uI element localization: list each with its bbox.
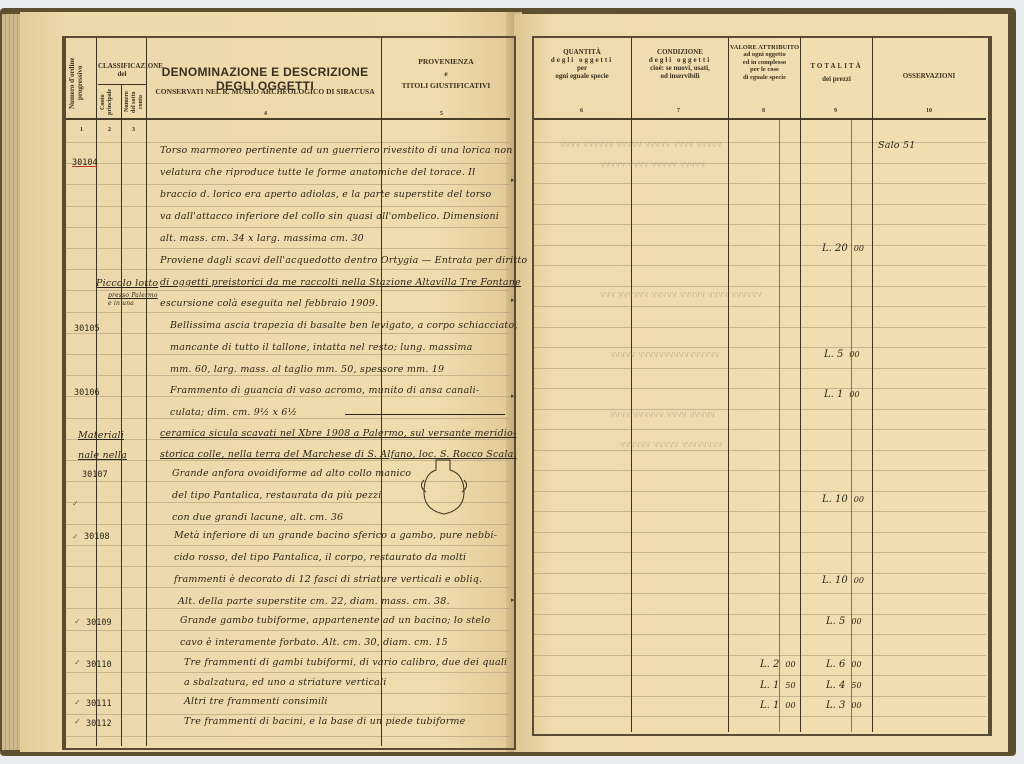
- rule-line: [66, 206, 510, 207]
- classification-divider: [98, 84, 146, 85]
- col-divider: [146, 38, 147, 746]
- total-lire: L. 6: [826, 659, 845, 670]
- rule-line: [534, 306, 986, 307]
- rule-line: [66, 630, 510, 631]
- unit-value-30112: L. 100: [760, 700, 796, 711]
- rule-line: [534, 204, 986, 205]
- entry-text-line: braccio d. lorico era aperto adiolas, e …: [160, 189, 491, 200]
- rule-line: [534, 614, 986, 615]
- header-line: degli oggetti: [534, 56, 630, 64]
- margin-note: Piccolo lotto: [96, 278, 158, 289]
- header-assigned-value: VALORE ATTRIBUITO ad ogni oggetto ed in …: [729, 44, 800, 81]
- col-number-8: 8: [762, 108, 765, 114]
- col-number-7: 7: [677, 108, 680, 114]
- entry-number-30109: 30109: [86, 618, 112, 628]
- header-line: TOTALITÀ: [801, 62, 872, 70]
- amphora-sketch-icon: [416, 458, 472, 516]
- header-line: cioè: se nuovi, usati,: [632, 64, 728, 72]
- rule-line: [534, 450, 986, 451]
- col-divider: [872, 38, 873, 732]
- total-cents: 00: [851, 617, 861, 626]
- end-of-entry-stroke: [345, 414, 505, 415]
- rule-line: [66, 227, 510, 228]
- col-number-6: 6: [580, 108, 583, 114]
- margin-subnote: nale nella: [78, 450, 127, 461]
- entry-number-30108: 30108: [84, 532, 110, 542]
- header-line: ed in complesso: [729, 59, 800, 66]
- header-main-account: Conto principale: [100, 88, 120, 116]
- entry-text-line: di oggetti preistorici da me raccolti ne…: [160, 277, 521, 288]
- total-lire: L. 4: [826, 680, 845, 691]
- header-line: per: [534, 64, 630, 72]
- rule-line: [66, 354, 510, 355]
- rule-line: [66, 693, 510, 694]
- entry-text-line: Proviene dagli scavi dell'acquedotto den…: [160, 255, 527, 266]
- unit-lire: L. 1: [760, 700, 779, 711]
- total-value-30106: L. 100: [824, 389, 860, 400]
- entry-number-30110: 30110: [86, 660, 112, 670]
- total-cents: 00: [854, 576, 864, 585]
- rule-line: [534, 347, 986, 348]
- rule-line: [534, 532, 986, 533]
- rule-line: [66, 714, 510, 715]
- check-mark-icon: ✓: [74, 658, 81, 667]
- rule-line: [534, 327, 986, 328]
- rule-line: [534, 593, 986, 594]
- rule-line: [534, 573, 986, 574]
- header-line: CONDIZIONE: [632, 48, 728, 56]
- check-mark-icon: ✓: [74, 717, 81, 726]
- total-lire: L. 3: [826, 700, 845, 711]
- rule-line: [66, 651, 510, 652]
- left-header-separator: [66, 118, 510, 120]
- entry-text-line: escursione colà eseguita nel febbraio 19…: [160, 298, 378, 309]
- header-line: dei prezzi: [801, 75, 872, 83]
- gutter-arrow-icon: ▸: [511, 296, 515, 304]
- header-provenance-and: e: [384, 70, 508, 79]
- rule-line: [534, 368, 986, 369]
- rule-line: [66, 375, 510, 376]
- check-mark-icon: ✓: [74, 617, 81, 626]
- total-lire: L. 20: [822, 243, 848, 254]
- entry-text-line: Altri tre frammenti consimili: [184, 696, 328, 707]
- entry-number-30105: 30105: [74, 324, 100, 334]
- rule-line: [66, 290, 510, 291]
- header-line: per le cose: [729, 66, 800, 73]
- entry-text-line: alt. mass. cm. 34 x larg. massima cm. 30: [160, 233, 364, 244]
- entry-text-line: Grande anfora ovoidiforme ad alto collo …: [172, 468, 411, 479]
- total-value-30111: L. 450: [826, 680, 862, 691]
- col-number-4: 4: [264, 111, 267, 117]
- header-total: TOTALITÀ dei prezzi: [801, 62, 872, 83]
- total-cents: 00: [851, 660, 861, 669]
- rule-line: [66, 248, 510, 249]
- total-cents: 00: [854, 495, 864, 504]
- rule-line: [534, 429, 986, 430]
- rule-line: [66, 142, 510, 143]
- entry-text-line: Torso marmoreo pertinente ad un guerrier…: [160, 145, 513, 156]
- unit-cents: 00: [785, 660, 795, 669]
- rule-line: [66, 333, 510, 334]
- entry-number-30104: 30104: [72, 158, 98, 168]
- unit-cents: 50: [785, 681, 795, 690]
- col-number-3: 3: [132, 127, 135, 133]
- total-lire: L. 5: [826, 616, 845, 627]
- header-description-subtitle: CONSERVATI NEL R. MUSEO ARCHEOLOGICO DI …: [150, 88, 380, 97]
- rule-line: [66, 269, 510, 270]
- header-quantity: QUANTITÀ degli oggetti per ogni eguale s…: [534, 48, 630, 80]
- entry-text-line: culata; dim. cm. 9½ x 6½: [170, 407, 297, 418]
- entry-text-line: va dall'attacco inferiore del collo sin …: [160, 211, 499, 222]
- rule-line: [534, 634, 986, 635]
- total-cents: 50: [851, 681, 861, 690]
- rule-line: [534, 511, 986, 512]
- rule-line: [66, 587, 510, 588]
- entry-text-line: cavo è interamente forbato. Alt. cm. 30,…: [180, 637, 448, 648]
- rule-line: [534, 388, 986, 389]
- rule-line: [66, 396, 510, 397]
- margin-subnote: presso Palermo: [108, 292, 158, 299]
- entry-text-line: mm. 60, larg. mass. al taglio mm. 50, sp…: [170, 364, 444, 375]
- entry-text-line: ceramica sicula scavati nel Xbre 1908 a …: [160, 428, 516, 439]
- entry-text-line: Tre frammenti di bacini, e la base di un…: [184, 716, 465, 727]
- unit-cents: 00: [785, 701, 795, 710]
- header-sub-account: Numero del sotto conto: [124, 88, 144, 116]
- header-line: di eguale specie: [729, 74, 800, 81]
- header-line: QUANTITÀ: [534, 48, 630, 56]
- rule-line: [66, 418, 510, 419]
- entry-text-line: frammenti è decorato di 12 fasci di stri…: [174, 574, 482, 585]
- margin-note: Materiali: [78, 430, 124, 441]
- total-cents: 00: [849, 350, 859, 359]
- rule-line: [534, 675, 986, 676]
- col-number-5: 5: [440, 111, 443, 117]
- rule-line: [66, 439, 510, 440]
- rule-line: [66, 545, 510, 546]
- total-value-30110: L. 600: [826, 659, 862, 670]
- col-divider: [851, 120, 852, 732]
- rule-line: [534, 224, 986, 225]
- check-mark-icon: ✓: [72, 499, 79, 508]
- rule-line: [66, 163, 510, 164]
- rule-line: [534, 470, 986, 471]
- gutter-arrow-icon: ▸: [511, 392, 515, 400]
- gutter-arrow-icon: ▸: [511, 596, 515, 604]
- entry-text-line: Alt. della parte superstite cm. 22, diam…: [178, 596, 450, 607]
- rule-line: [66, 566, 510, 567]
- header-classification: CLASSIFICAZIONE del: [98, 62, 146, 78]
- header-line: ad ogni oggetto: [729, 51, 800, 58]
- col-divider: [728, 38, 729, 732]
- total-value-30112: L. 300: [826, 700, 862, 711]
- total-lire: L. 10: [822, 494, 848, 505]
- entry-number-30106: 30106: [74, 388, 100, 398]
- col-divider: [800, 38, 801, 732]
- margin-subnote: e in una: [108, 300, 134, 307]
- header-observations: OSSERVAZIONI: [873, 72, 985, 80]
- header-condition: CONDIZIONE degli oggetti cioè: se nuovi,…: [632, 48, 728, 80]
- total-lire: L. 10: [822, 575, 848, 586]
- header-order-number: Numero d'ordine progressivo: [68, 54, 94, 112]
- rule-line: [534, 696, 986, 697]
- entry-text-line: velatura che riproduce tutte le forme an…: [160, 167, 475, 178]
- entry-text-line: Frammento di guancia di vaso acromo, mun…: [170, 385, 479, 396]
- total-cents: 00: [851, 701, 861, 710]
- total-value-30107: L. 1000: [822, 494, 864, 505]
- col-divider: [779, 120, 780, 732]
- total-value-30104: L. 2000: [822, 243, 864, 254]
- entry-text-line: a sbalzatura, ed uno a striature vertica…: [184, 677, 386, 688]
- rule-line: [66, 672, 510, 673]
- entry-number-30111: 30111: [86, 699, 112, 709]
- rule-line: [534, 655, 986, 656]
- rule-line: [534, 716, 986, 717]
- observation-note: Salo 51: [878, 140, 915, 151]
- total-value-30109: L. 500: [826, 616, 862, 627]
- total-cents: 00: [854, 244, 864, 253]
- col-number-9: 9: [834, 108, 837, 114]
- unit-lire: L. 1: [760, 680, 779, 691]
- col-divider: [121, 84, 122, 746]
- header-line: od inservibili: [632, 72, 728, 80]
- total-lire: L. 5: [824, 349, 843, 360]
- rule-line: [66, 524, 510, 525]
- entry-text-line: con due grandi lacune, alt. cm. 36: [172, 512, 343, 523]
- unit-value-30111: L. 150: [760, 680, 796, 691]
- entry-text-line: cido rosso, del tipo Pantalica, il corpo…: [174, 552, 466, 563]
- rule-line: [66, 736, 510, 737]
- total-value-30108: L. 1000: [822, 575, 864, 586]
- rule-line: [66, 312, 510, 313]
- col-number-2: 2: [108, 127, 111, 133]
- rule-line: [534, 265, 986, 266]
- total-value-30105: L. 500: [824, 349, 860, 360]
- unit-lire: L. 2: [760, 659, 779, 670]
- col-number-10: 10: [926, 108, 932, 114]
- rule-line: [534, 286, 986, 287]
- rule-line: [534, 245, 986, 246]
- gutter-arrow-icon: ▸: [511, 176, 515, 184]
- rule-line: [66, 608, 510, 609]
- entry-text-line: Metà inferiore di un grande bacino sferi…: [174, 530, 497, 541]
- rule-line: [66, 184, 510, 185]
- entry-text-line: Grande gambo tubiforme, appartenente ad …: [180, 615, 490, 626]
- entry-text-line: Tre frammenti di gambi tubiformi, di var…: [184, 657, 507, 668]
- entry-text-line: Bellissima ascia trapezia di basalte ben…: [170, 320, 518, 331]
- check-mark-icon: ✓: [72, 532, 79, 541]
- entry-text-line: mancante di tutto il tallone, intatta ne…: [170, 342, 472, 353]
- entry-number-30112: 30112: [86, 719, 112, 729]
- header-supporting-titles: TITOLI GIUSTIFICATIVI: [384, 82, 508, 91]
- check-mark-icon: ✓: [74, 698, 81, 707]
- entry-text-line: del tipo Pantalica, restaurata da più pe…: [172, 490, 382, 501]
- header-provenance: PROVENIENZA: [384, 58, 508, 67]
- header-line: degli oggetti: [632, 56, 728, 64]
- total-lire: L. 1: [824, 389, 843, 400]
- entry-number-30107: 30107: [82, 470, 108, 480]
- header-line: ogni eguale specie: [534, 72, 630, 80]
- total-cents: 00: [849, 390, 859, 399]
- rule-line: [534, 491, 986, 492]
- header-line: VALORE ATTRIBUITO: [729, 44, 800, 51]
- rule-line: [534, 183, 986, 184]
- right-header-separator: [534, 118, 986, 120]
- unit-value-30110: L. 200: [760, 659, 796, 670]
- rule-line: [534, 409, 986, 410]
- col-number-1: 1: [80, 127, 83, 133]
- rule-line: [534, 552, 986, 553]
